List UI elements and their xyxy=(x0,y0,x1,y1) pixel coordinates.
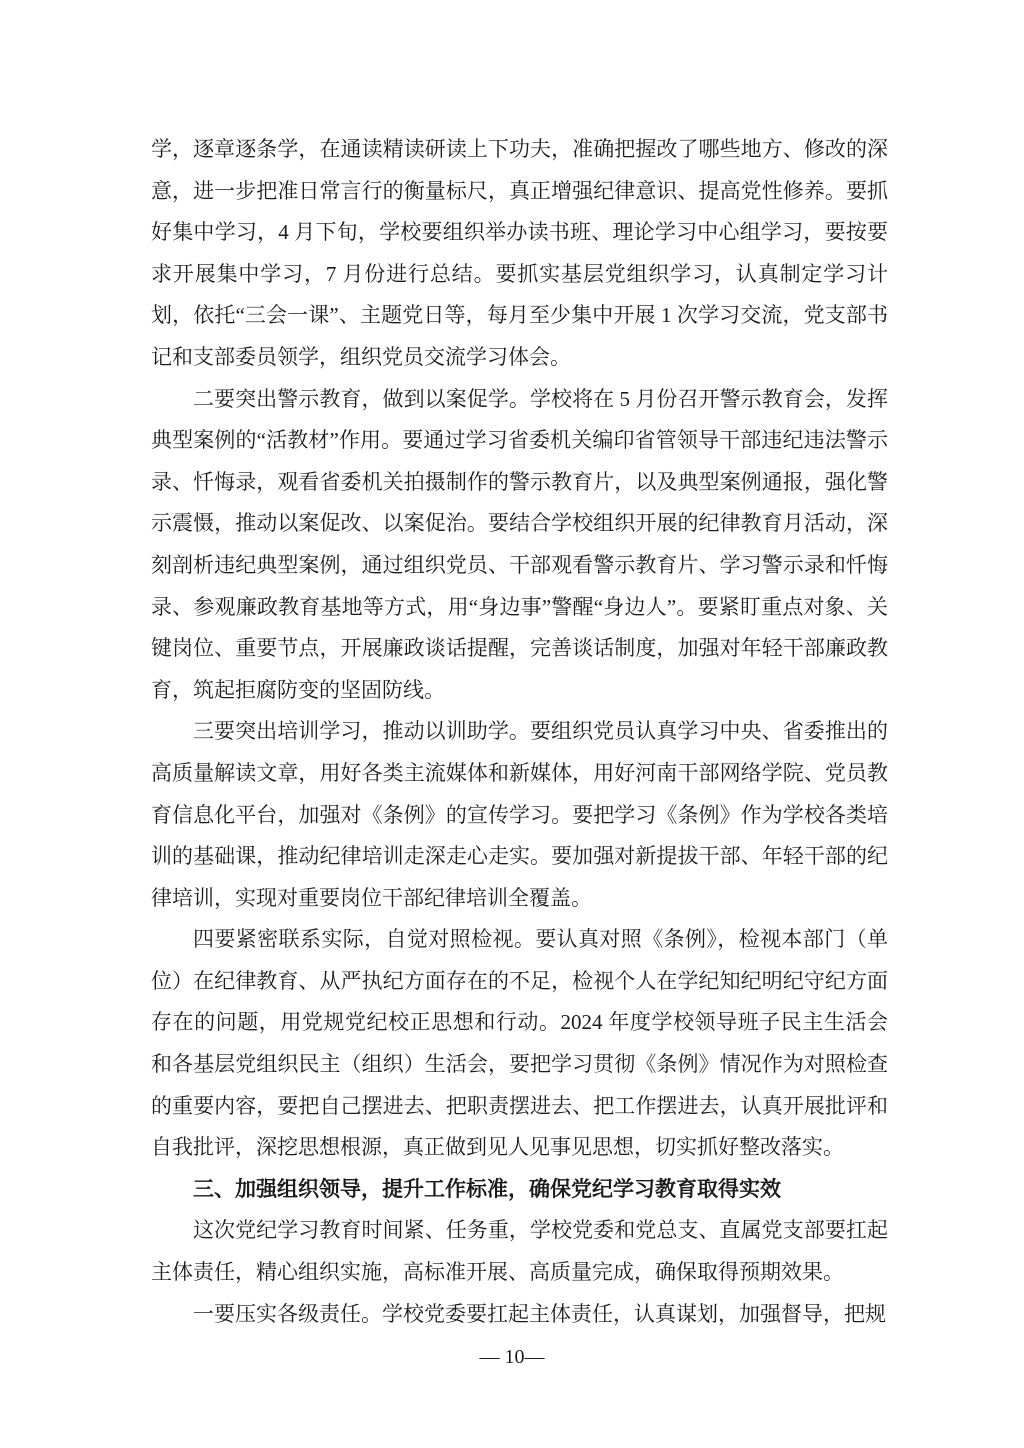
paragraph-warning-education: 二要突出警示教育，做到以案促学。学校将在 5 月份召开警示教育会，发挥典型案例的… xyxy=(151,379,888,712)
section-heading-three: 三、加强组织领导，提升工作标准，确保党纪学习教育取得实效 xyxy=(151,1169,888,1211)
paragraph-responsibility-overview: 这次党纪学习教育时间紧、任务重，学校党委和党总支、直属党支部要扛起主体责任，精心… xyxy=(151,1210,888,1293)
paragraph-training-study: 三要突出培训学习，推动以训助学。要组织党员认真学习中央、省委推出的高质量解读文章… xyxy=(151,711,888,919)
paragraph-continuation: 学，逐章逐条学，在通读精读研读上下功夫，准确把握改了哪些地方、修改的深意，进一步… xyxy=(151,129,888,379)
paragraph-level-responsibility: 一要压实各级责任。学校党委要扛起主体责任，认真谋划，加强督导，把规 xyxy=(151,1294,888,1336)
document-body: 学，逐章逐条学，在通读精读研读上下功夫，准确把握改了哪些地方、修改的深意，进一步… xyxy=(151,129,888,1335)
page-number: — 10— xyxy=(0,1344,1024,1370)
document-page: 学，逐章逐条学，在通读精读研读上下功夫，准确把握改了哪些地方、修改的深意，进一步… xyxy=(0,0,1024,1448)
paragraph-self-examination: 四要紧密联系实际，自觉对照检视。要认真对照《条例》，检视本部门（单位）在纪律教育… xyxy=(151,919,888,1169)
